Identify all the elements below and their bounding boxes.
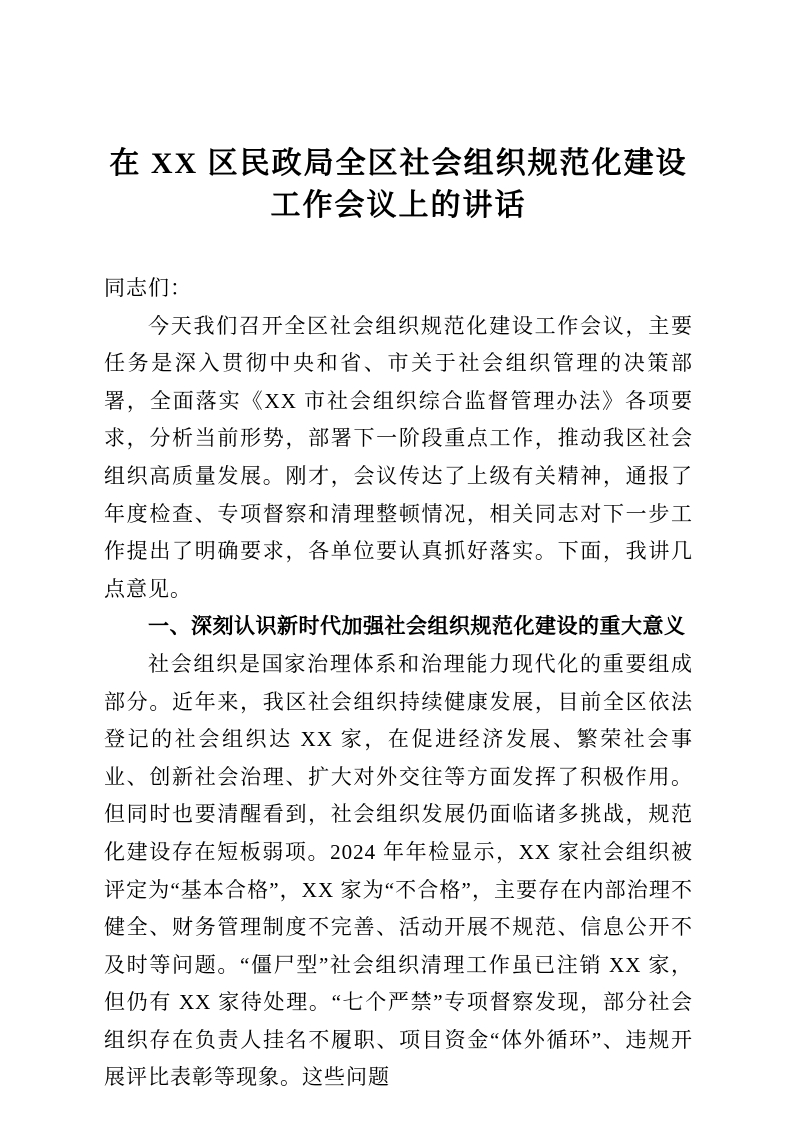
salutation: 同志们： — [104, 270, 693, 308]
document-body: 同志们： 今天我们召开全区社会组织规范化建设工作会议，主要任务是深入贯彻中央和省… — [104, 270, 693, 1097]
title-line-2: 工作会议上的讲话 — [271, 189, 527, 222]
title-line-1: 在 XX 区民政局全区社会组织规范化建设 — [109, 147, 687, 180]
document-page: 在 XX 区民政局全区社会组织规范化建设 工作会议上的讲话 同志们： 今天我们召… — [0, 0, 793, 1122]
paragraph-body: 社会组织是国家治理体系和治理能力现代化的重要组成部分。近年来，我区社会组织持续健… — [104, 646, 693, 1097]
document-title: 在 XX 区民政局全区社会组织规范化建设 工作会议上的讲话 — [104, 143, 693, 227]
paragraph-intro: 今天我们召开全区社会组织规范化建设工作会议，主要任务是深入贯彻中央和省、市关于社… — [104, 308, 693, 609]
section-heading-1: 一、深刻认识新时代加强社会组织规范化建设的重大意义 — [104, 608, 693, 646]
